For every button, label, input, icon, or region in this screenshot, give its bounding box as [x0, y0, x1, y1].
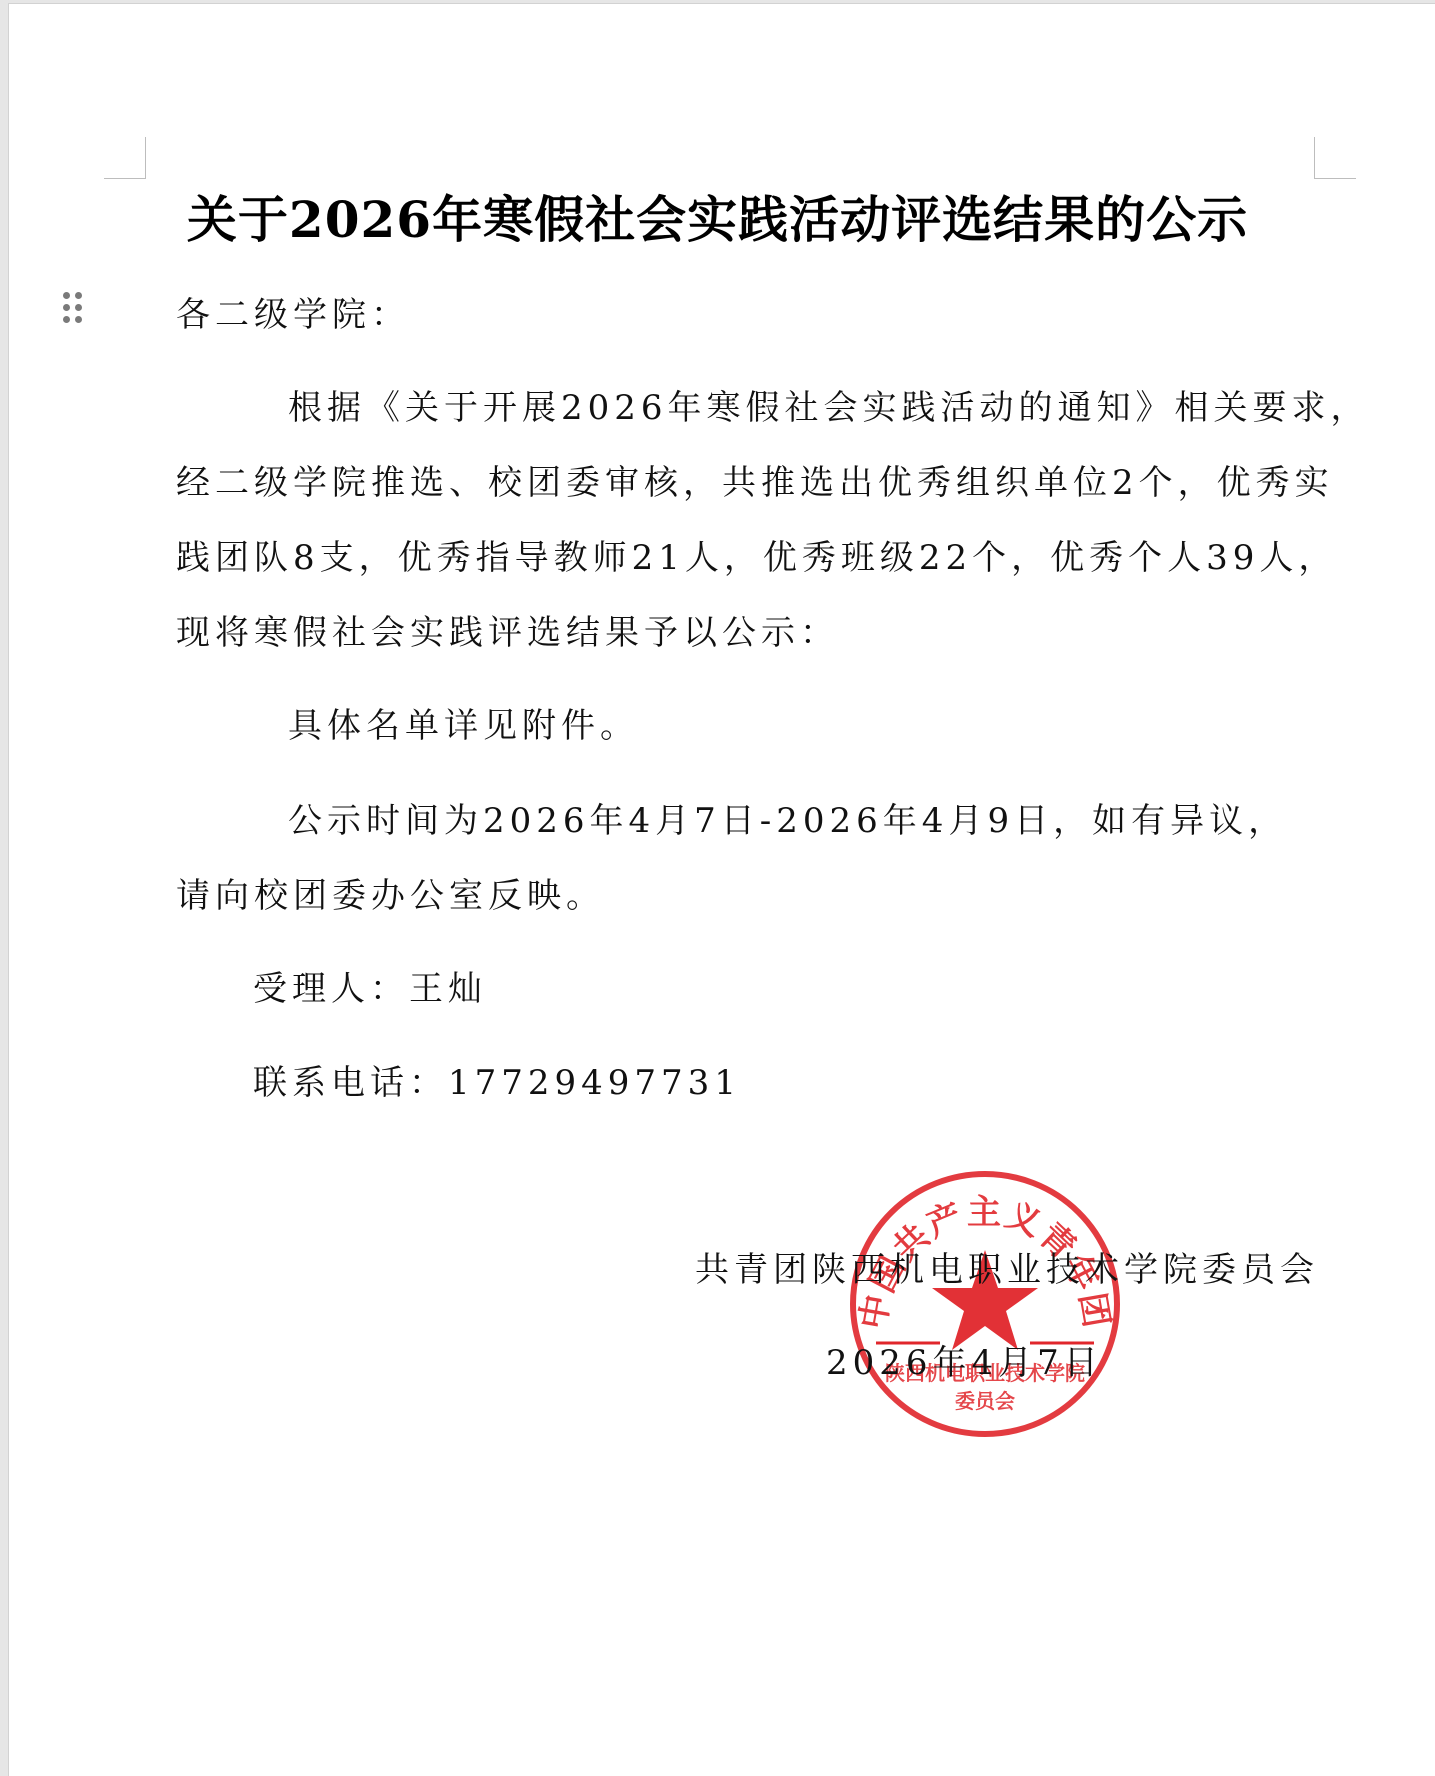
salutation: 各二级学院：	[176, 287, 410, 336]
attachment-note: 具体名单详见附件。	[288, 698, 639, 747]
svg-text:委员会: 委员会	[955, 1389, 1015, 1413]
margin-corner-top-right	[1314, 137, 1356, 179]
document-title: 关于2026年寒假社会实践活动评选结果的公示	[0, 180, 1435, 252]
body-line-1: 根据《关于开展2026年寒假社会实践活动的通知》相关要求，	[288, 380, 1370, 429]
period-line-1: 公示时间为2026年4月7日-2026年4月9日，如有异议，	[288, 793, 1287, 842]
contact-phone: 联系电话：17729497731	[253, 1055, 741, 1104]
drag-handle-icon[interactable]	[63, 292, 87, 328]
margin-corner-top-left	[104, 137, 146, 179]
signature-organization: 共青团陕西机电职业技术学院委员会	[695, 1242, 1319, 1291]
period-line-2: 请向校团委办公室反映。	[176, 868, 605, 917]
official-seal-stamp: 中国共产主义青年团 陕西机电职业技术学院 委员会	[848, 1168, 1123, 1440]
body-line-4: 现将寒假社会实践评选结果予以公示：	[176, 605, 839, 654]
contact-person: 受理人：王灿	[253, 961, 487, 1010]
body-line-2: 经二级学院推选、校团委审核，共推选出优秀组织单位2个，优秀实	[176, 455, 1334, 504]
signature-date: 2026年4月7日	[826, 1335, 1103, 1384]
body-line-3: 践团队8支，优秀指导教师21人，优秀班级22个，优秀个人39人，	[176, 530, 1337, 579]
